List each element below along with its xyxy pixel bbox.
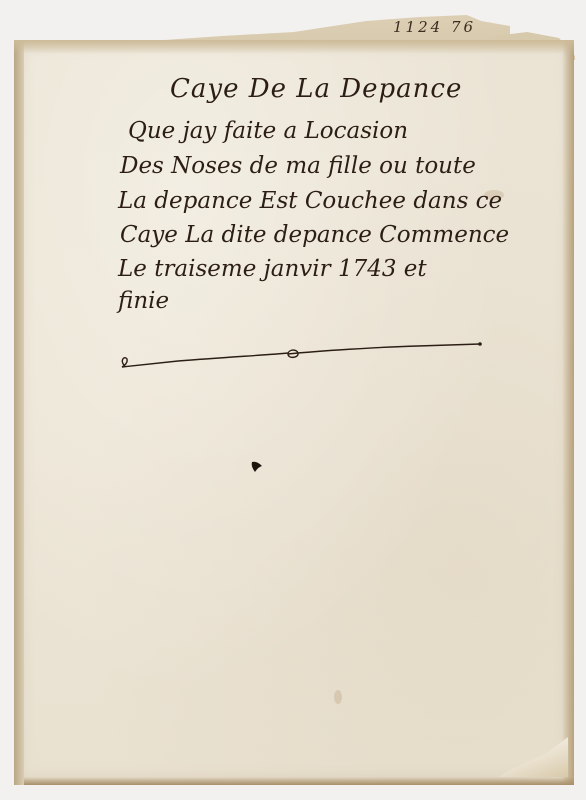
document-scan: 1124 76 Caye De La Depance Que jay faite… bbox=[0, 0, 586, 800]
folded-corner bbox=[498, 737, 568, 777]
reference-number: 1124 76 bbox=[393, 18, 476, 36]
text-line: Que jay faite a Locasion bbox=[128, 118, 408, 144]
text-line: Des Noses de ma fille ou toute bbox=[120, 153, 476, 179]
paper-stain bbox=[334, 690, 342, 704]
text-line: finie bbox=[118, 288, 169, 314]
manuscript-page bbox=[14, 40, 574, 785]
text-line: La depance Est Couchee dans ce bbox=[118, 188, 502, 214]
title-line: Caye De La Depance bbox=[170, 74, 462, 104]
page-right-edge bbox=[562, 40, 574, 785]
ink-spot bbox=[250, 460, 264, 474]
text-line: Le traiseme janvir 1743 et bbox=[118, 256, 427, 282]
page-bottom-edge bbox=[24, 777, 574, 785]
ornamental-rule bbox=[118, 335, 488, 375]
text-line: Caye La dite depance Commence bbox=[120, 222, 509, 248]
